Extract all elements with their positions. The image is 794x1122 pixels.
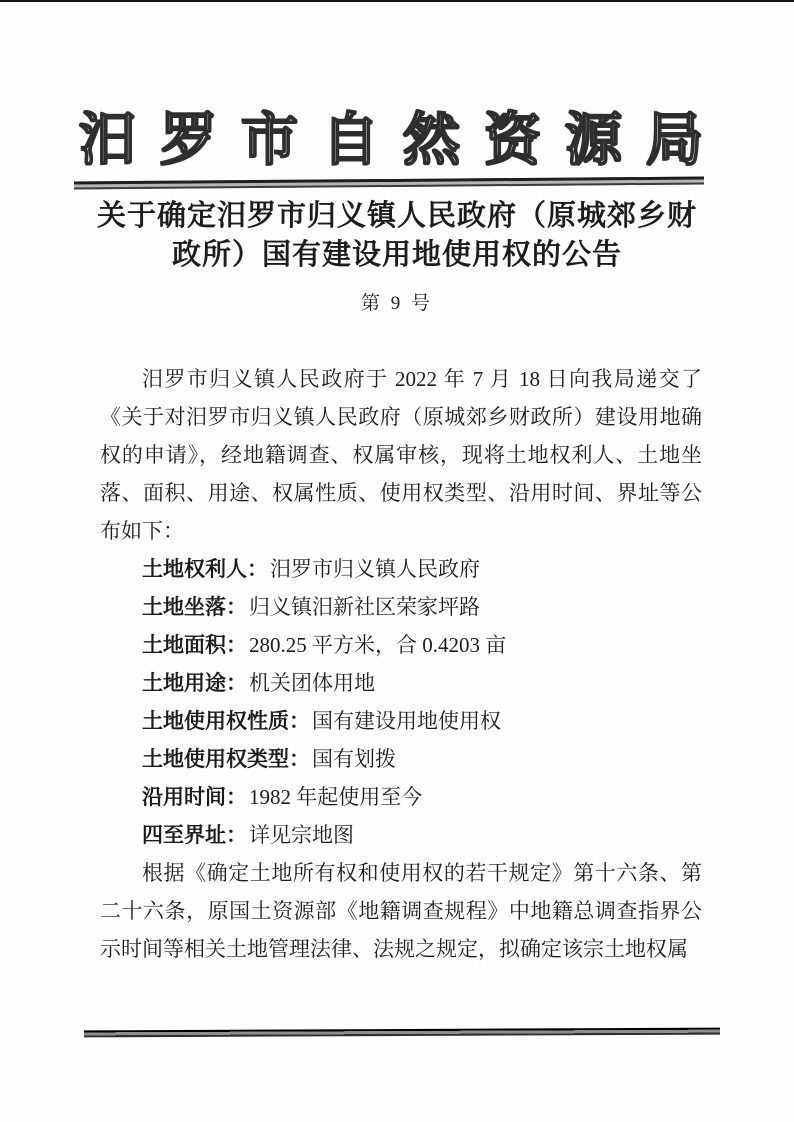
document-number: 第 9 号 bbox=[0, 288, 794, 315]
field-value-land-use: 机关团体用地 bbox=[249, 671, 375, 695]
document-body: 汨罗市归义镇人民政府于 2022 年 7 月 18 日向我局递交了《关于对汨罗市… bbox=[100, 360, 702, 968]
field-row-right-nature: 土地使用权性质：国有建设用地使用权 bbox=[100, 702, 702, 740]
field-label-land-use: 土地用途： bbox=[142, 671, 247, 695]
field-value-land-owner: 汨罗市归义镇人民政府 bbox=[270, 557, 480, 581]
field-label-right-nature: 土地使用权性质： bbox=[142, 709, 310, 733]
field-row-usage-time: 沿用时间：1982 年起使用至今 bbox=[100, 778, 702, 816]
scan-bottom-edge-line bbox=[84, 1028, 720, 1038]
org-letterhead-title: 汨罗市自然资源局 bbox=[0, 94, 794, 176]
field-row-boundaries: 四至界址：详见宗地图 bbox=[100, 816, 702, 854]
document-title: 关于确定汨罗市归义镇人民政府（原城郊乡财 政所）国有建设用地使用权的公告 bbox=[50, 197, 744, 275]
body-paragraph-legal-basis: 根据《确定土地所有权和使用权的若干规定》第十六条、第二十六条，原国土资源部《地籍… bbox=[100, 854, 702, 968]
field-value-land-area: 280.25 平方米，合 0.4203 亩 bbox=[249, 633, 506, 657]
field-row-land-location: 土地坐落：归义镇汨新社区荣家坪路 bbox=[100, 588, 702, 626]
document-title-line-1: 关于确定汨罗市归义镇人民政府（原城郊乡财 bbox=[50, 197, 744, 236]
field-label-land-area: 土地面积： bbox=[142, 633, 247, 657]
body-paragraph-intro: 汨罗市归义镇人民政府于 2022 年 7 月 18 日向我局递交了《关于对汨罗市… bbox=[100, 360, 702, 550]
document-title-line-2: 政所）国有建设用地使用权的公告 bbox=[50, 236, 744, 275]
field-label-usage-time: 沿用时间： bbox=[142, 785, 247, 809]
field-value-right-type: 国有划拨 bbox=[312, 747, 396, 771]
field-row-land-use: 土地用途：机关团体用地 bbox=[100, 664, 702, 702]
field-value-usage-time: 1982 年起使用至今 bbox=[249, 785, 422, 809]
letterhead-divider-rule bbox=[74, 177, 704, 190]
field-label-land-location: 土地坐落： bbox=[142, 595, 247, 619]
field-label-land-owner: 土地权利人： bbox=[142, 557, 268, 581]
scan-top-edge-line bbox=[0, 0, 794, 2]
field-value-boundaries: 详见宗地图 bbox=[249, 823, 354, 847]
field-row-land-owner: 土地权利人：汨罗市归义镇人民政府 bbox=[100, 550, 702, 588]
field-label-right-type: 土地使用权类型： bbox=[142, 747, 310, 771]
field-value-land-location: 归义镇汨新社区荣家坪路 bbox=[249, 595, 480, 619]
field-label-boundaries: 四至界址： bbox=[142, 823, 247, 847]
field-row-right-type: 土地使用权类型：国有划拨 bbox=[100, 740, 702, 778]
field-row-land-area: 土地面积：280.25 平方米，合 0.4203 亩 bbox=[100, 626, 702, 664]
scanned-announcement-page: 汨罗市自然资源局 关于确定汨罗市归义镇人民政府（原城郊乡财 政所）国有建设用地使… bbox=[0, 0, 794, 1122]
field-value-right-nature: 国有建设用地使用权 bbox=[312, 709, 501, 733]
